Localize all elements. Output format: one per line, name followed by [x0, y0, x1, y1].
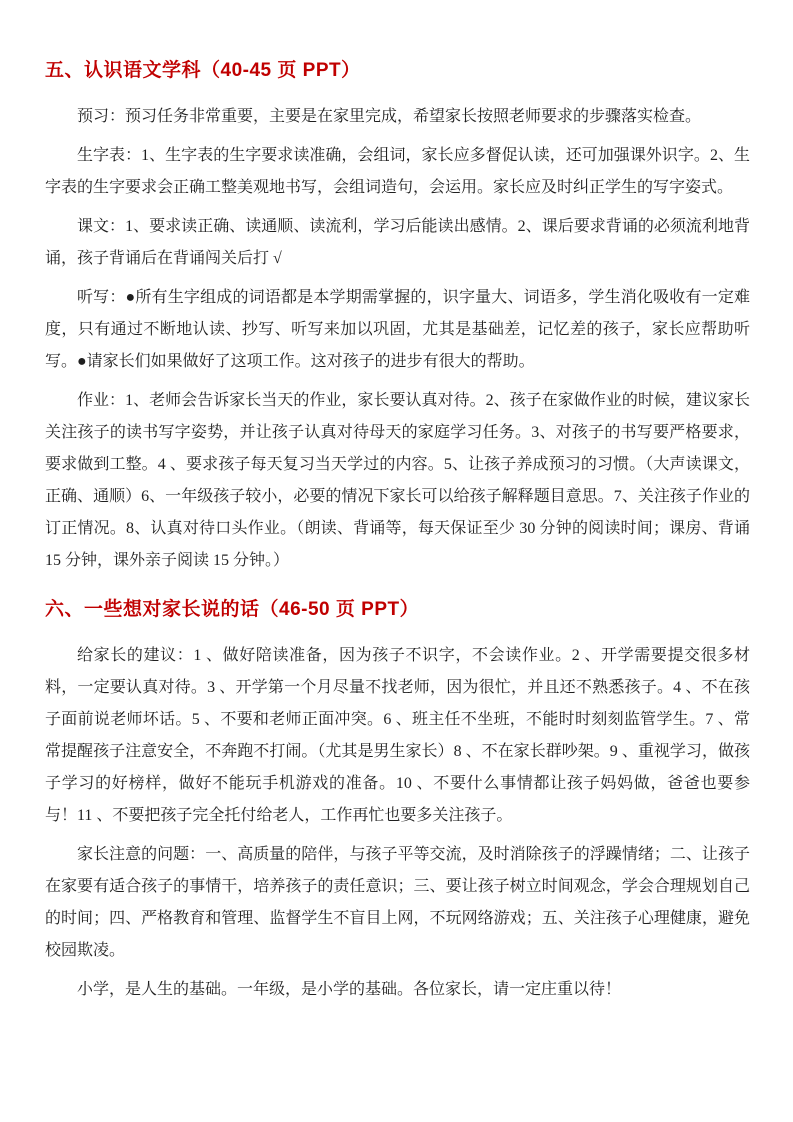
paragraph-closing-statement: 小学，是人生的基础。一年级，是小学的基础。各位家长，请一定庄重以待！: [45, 974, 750, 1006]
section-words-to-parents: 六、一些想对家长说的话（46-50 页 PPT） 给家长的建议：1 、做好陪读准…: [45, 597, 750, 1006]
section-heading-words-to-parents: 六、一些想对家长说的话（46-50 页 PPT）: [45, 597, 750, 622]
paragraph-homework: 作业：1、老师会告诉家长当天的作业，家长要认真对待。2、孩子在家做作业的时候，建…: [45, 385, 750, 577]
paragraph-suggestions-to-parents: 给家长的建议：1 、做好陪读准备，因为孩子不识字，不会读作业。2 、开学需要提交…: [45, 640, 750, 832]
section-chinese-subject: 五、认识语文学科（40-45 页 PPT） 预习：预习任务非常重要，主要是在家里…: [45, 58, 750, 577]
paragraph-text-reading: 课文：1、要求读正确、读通顺、读流利，学习后能读出感情。2、课后要求背诵的必须流…: [45, 211, 750, 275]
paragraph-vocabulary-list: 生字表：1、生字表的生字要求读准确，会组词，家长应多督促认读，还可加强课外识字。…: [45, 140, 750, 204]
paragraph-preview: 预习：预习任务非常重要，主要是在家里完成，希望家长按照老师要求的步骤落实检查。: [45, 101, 750, 133]
section-heading-chinese-subject: 五、认识语文学科（40-45 页 PPT）: [45, 58, 750, 83]
document-page: 五、认识语文学科（40-45 页 PPT） 预习：预习任务非常重要，主要是在家里…: [0, 0, 793, 1122]
paragraph-issues-to-note: 家长注意的问题：一、高质量的陪伴，与孩子平等交流，及时消除孩子的浮躁情绪；二、让…: [45, 839, 750, 967]
paragraph-dictation: 听写：●所有生字组成的词语都是本学期需掌握的，识字量大、词语多，学生消化吸收有一…: [45, 282, 750, 378]
